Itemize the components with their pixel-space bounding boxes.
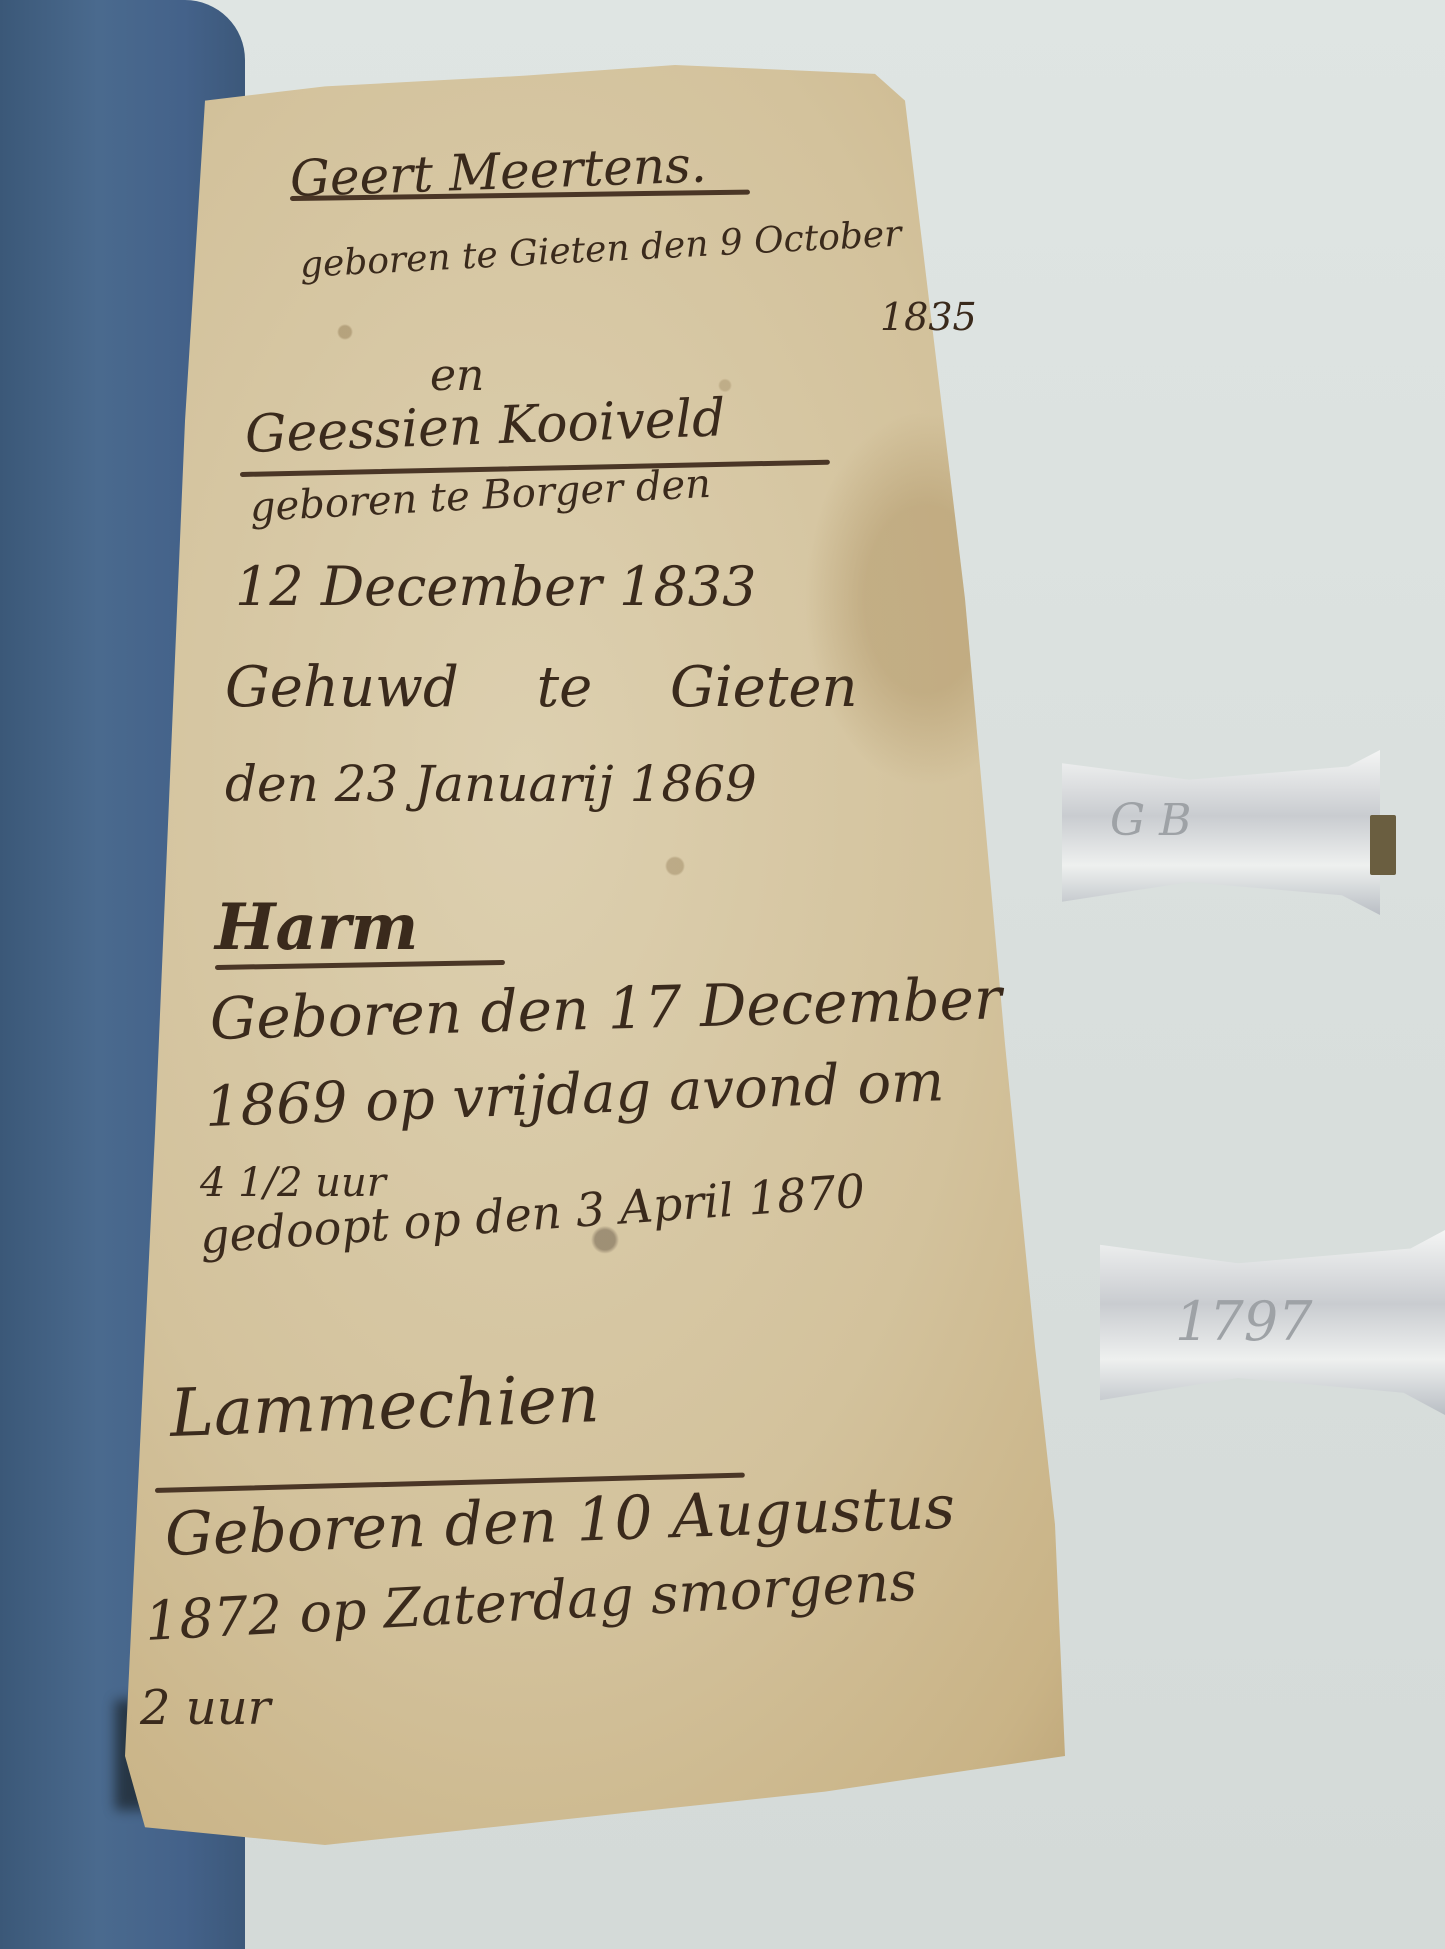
wife-birth-line2: 12 December 1833 — [235, 555, 756, 618]
husband-birth-line2: 1835 — [880, 295, 977, 339]
upper-clasp-hinge — [1370, 815, 1396, 875]
child2-name: Lammechien — [169, 1360, 601, 1452]
child2-line3: 2 uur — [140, 1680, 271, 1736]
upper-clasp-engraving: G B — [1110, 795, 1191, 846]
conjunction: en — [430, 350, 484, 401]
lower-clasp-engraving: 1797 — [1175, 1290, 1312, 1353]
marriage-line1: Gehuwd te Gieten — [225, 655, 858, 720]
marriage-line2: den 23 Januarij 1869 — [225, 755, 757, 813]
child1-name: Harm — [215, 890, 418, 965]
